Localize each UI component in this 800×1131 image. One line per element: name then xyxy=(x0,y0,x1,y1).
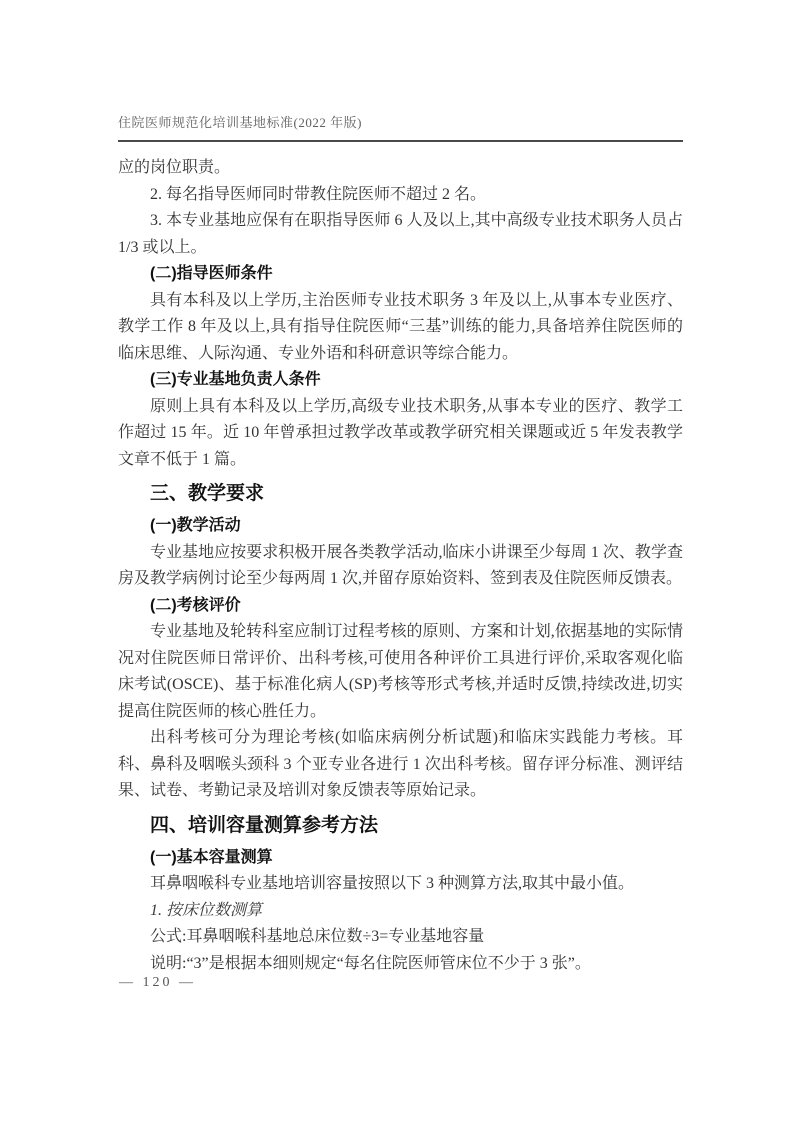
document-page: 住院医师规范化培训基地标准(2022 年版) 应的岗位职责。 2. 每名指导医师… xyxy=(0,0,800,1131)
list-item: 3. 本专业基地应保有在职指导医师 6 人及以上,其中高级专业技术职务人员占 1… xyxy=(118,208,683,261)
paragraph: 耳鼻咽喉科专业基地培训容量按照以下 3 种测算方法,取其中最小值。 xyxy=(118,871,683,898)
paragraph: 专业基地应按要求积极开展各类教学活动,临床小讲课至少每周 1 次、教学查房及教学… xyxy=(118,540,683,593)
section-heading: 四、培训容量测算参考方法 xyxy=(118,812,683,839)
subsection-heading: (一)基本容量测算 xyxy=(118,845,683,872)
paragraph: 原则上具有本科及以上学历,高级专业技术职务,从事本专业的医疗、教学工作超过 15… xyxy=(118,394,683,474)
subsection-heading: (二)考核评价 xyxy=(118,593,683,620)
subsection-heading: (三)专业基地负责人条件 xyxy=(118,367,683,394)
page-content: 住院医师规范化培训基地标准(2022 年版) 应的岗位职责。 2. 每名指导医师… xyxy=(118,112,683,977)
paragraph: 具有本科及以上学历,主治医师专业技术职务 3 年及以上,从事本专业医疗、教学工作… xyxy=(118,288,683,368)
paragraph: 应的岗位职责。 xyxy=(118,155,683,182)
paragraph: 出科考核可分为理论考核(如临床病例分析试题)和临床实践能力考核。耳科、鼻科及咽喉… xyxy=(118,725,683,805)
running-header: 住院医师规范化培训基地标准(2022 年版) xyxy=(118,112,683,142)
document-body: 应的岗位职责。 2. 每名指导医师同时带教住院医师不超过 2 名。 3. 本专业… xyxy=(118,155,683,977)
list-item: 2. 每名指导医师同时带教住院医师不超过 2 名。 xyxy=(118,182,683,209)
subsection-heading: (二)指导医师条件 xyxy=(118,261,683,288)
subsection-heading: (一)教学活动 xyxy=(118,513,683,540)
numbered-method-label: 1. 按床位数测算 xyxy=(118,898,683,925)
page-number: — 120 — xyxy=(119,975,196,991)
formula-line: 公式:耳鼻咽喉科基地总床位数÷3=专业基地容量 xyxy=(118,924,683,951)
note-line: 说明:“3”是根据本细则规定“每名住院医师管床位不少于 3 张”。 xyxy=(118,951,683,978)
section-heading: 三、教学要求 xyxy=(118,480,683,507)
paragraph: 专业基地及轮转科室应制订过程考核的原则、方案和计划,依据基地的实际情况对住院医师… xyxy=(118,619,683,725)
